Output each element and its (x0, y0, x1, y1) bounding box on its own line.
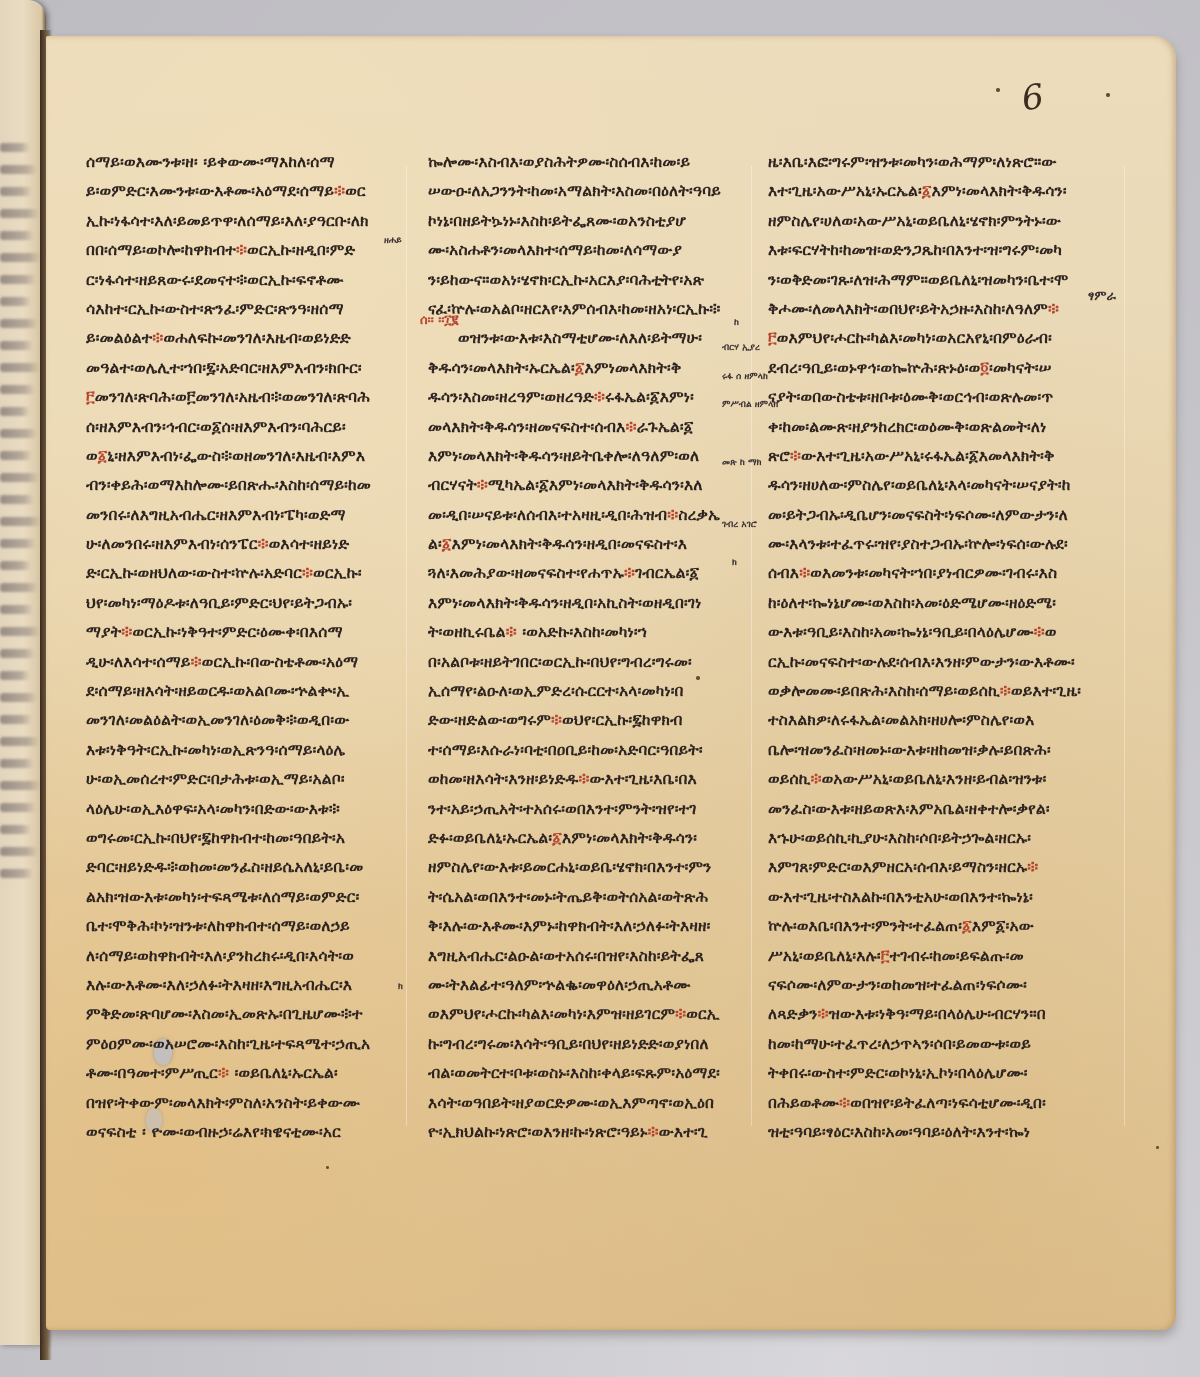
text-line: ማያት፨ወርኢኩ፡ነቅዓተ፡ምድር፡ዕሙቀ፡በእሰማ (86, 618, 398, 647)
text-line: በ፡አልቦቱ፡ዘይትገበር፡ወርኢኩ፡በህየ፡ግብረ፡ግሩመ፡ (428, 648, 740, 677)
text-line: ኢኩ፡ነፋሳተ፡እለ፡ይመይጥዋ፡ለሰማይ፡እለ፡ያዓርቡ፡ለክ (86, 207, 398, 236)
text-line: ድባር፡ዘይነድዱ፨ወከመ፡መንፈስ፡ዘይሴአለኒ፡ይቤ፡መ (86, 853, 398, 882)
bleed-through-line (0, 363, 40, 372)
text-line: ህየ፡መካነ፡ማዕዶቱ፡ለዓቢይ፡ምድር፡ህየ፡ይትጋብኡ፡ (86, 589, 398, 618)
bleed-through-line (0, 517, 41, 526)
text-line: ቅ፡እሉ፡ውእቶሙ፡እምኑ፡ከዋክብት፡እለ፡ኃለፉ፡ትእዛዘ፡ (428, 912, 740, 941)
text-line: እምገጸ፡ምድር፡ወእምዘርአ፡ሰብእ፡ይማስን፡ዘርኡ፨ (768, 853, 1098, 882)
rubric-mark: ፨ (152, 329, 163, 347)
bleed-through-line (0, 605, 33, 614)
text-line: ዘምስሌየ፡ውእቱ፡ይመርሐኒ፡ወይቤ፡ሄኖክ፡በእንተ፡ምን (428, 853, 740, 882)
bleed-through-line (0, 803, 36, 812)
text-line: ት፡ሴአል፡ወበእንተ፡መኑ፡ትጤይቅ፡ወትሰአል፡ወትጽሕ (428, 883, 740, 912)
text-line: ሠውዑ፡ለአጋንንት፡ከመ፡አማልክት፡እስመ፡በዕለት፡ዓባይ (428, 177, 740, 206)
text-line: ጓለ፡እመሕያው፡ዘመናፍስተ፡የሐጥኡ፨ገብርኤል፡፩ (428, 559, 740, 588)
rubric-mark: ፨ (648, 1123, 659, 1141)
marginal-note: ገብረ አገሮ (722, 520, 757, 530)
bleed-through-line (0, 385, 35, 394)
text-line: ቶሙ፡በዓመተ፡ምሥጢር፨ ፡ወይቤለኒ፡ኡርኤል፡ (86, 1059, 398, 1088)
bleed-through-line (0, 187, 32, 196)
text-line: ለ፡ሰማይ፡ወከዋክብት፡እለ፡ያንከረክሩ፡ዲበ፡እሳት፡ወ (86, 942, 398, 971)
rubric-mark: ፨ (799, 564, 810, 582)
rubric-mark: ፨ (191, 653, 202, 671)
bleed-through-line (0, 165, 37, 174)
bleed-through-line (0, 671, 30, 680)
rubric-mark: ፨ (818, 1005, 829, 1023)
rubric-mark: ፨ (790, 447, 801, 465)
bleed-through-line (0, 231, 34, 240)
rubric-mark: ፩ (98, 447, 108, 465)
bleed-through-line (0, 649, 35, 658)
text-line: ደብረ፡ዓቢይ፡ወኑዋኅ፡ወኰኵሕ፡ጽኑዕ፡ወ፬፡መካናት፡ሠ (768, 354, 1098, 383)
text-line: መንፈስ፡ውእቱ፡ዘይወጽእ፡እምአቤል፡ዘቀተሎ፡ቃየል፡ (768, 795, 1098, 824)
text-line: ናፈ፡ኵሉ፡ወአልቦ፡ዘርእየ፡እምሰብእ፡ከመ፡ዘአነ፡ርኢኩ፨ (428, 295, 740, 324)
bleed-through-line (0, 429, 37, 438)
text-line: እተ፡ጊዜ፡አውሥአኒ፡ኡርኤል፡፩እምነ፡መላእክት፡ቅዱሳን፡ (768, 177, 1098, 206)
text-line: ዮ፡ኢክህልኩ፡ነጽሮ፡ወእንዘ፡ኩ፡ነጽሮ፡ዓይኑ፨ውእተ፡ጊ (428, 1118, 740, 1147)
rubric-mark: ፨ (811, 770, 822, 788)
text-line: መንገለ፡መልዕልት፡ወኢመንገለ፡ዕመቅ፨ወዲበ፡ው (86, 706, 398, 735)
text-line: ኰሎሙ፡እስብእ፡ወያስሕትዎሙ፡ስሰብእ፡ከመ፡ይ (428, 148, 740, 177)
text-line: ወዝንቱ፡ውእቱ፡እስማቲሆሙ፡ለእለ፡ይትማሁ፡ (428, 324, 740, 353)
bleed-through-line (0, 627, 40, 636)
rubric-mark: ፨ (675, 1005, 686, 1023)
text-line: ዲሁ፡ለእሳተ፡ሰማይ፨ወርኢኩ፡በውስቴቶሙ፡አዕማ (86, 648, 398, 677)
rubric-mark: ፫ (881, 947, 890, 965)
text-line: ድፉ፡ወይቤለኒ፡ኡርኤል፡፩እምነ፡መላእክት፡ቅዱሳን፡ (428, 824, 740, 853)
rubric-mark: ፨ (302, 564, 313, 582)
marginal-note: ክ (398, 982, 403, 992)
rubric-mark: ፩ (575, 359, 585, 377)
text-line: መ፡ይትጋብኡ፡ዲቤሆን፡መናፍስት፡ነፍሶሙ፡ለምውታን፡ለ (768, 501, 1098, 530)
bleed-through-line (0, 561, 31, 570)
text-line: በሕይወቶሙ፨ወበዝየ፡ይትፈለጣ፡ነፍሳቲሆሙ፡ዲበ፡ (768, 1089, 1098, 1118)
text-line: መንበሩ፡ለእግዚአብሔር፡ዘእምእብነ፡ፔካ፡ወድማ (86, 501, 398, 530)
marginal-note: ምሥብል ዘምላክ (722, 400, 778, 410)
text-line: ወናፍስቲ ፡ ዮሙ፡ወብዙኃ፡ሬእየ፡ክዌናቲሙ፡አር (86, 1118, 398, 1147)
marginal-note: ፃምራ (1088, 292, 1116, 302)
bleed-through-line (0, 539, 36, 548)
text-line: እሉ፡ውእቶሙ፡እለ፡ኃለፉ፡ትእዛዘ፡እግዚአብሔር፡እ (86, 971, 398, 1000)
text-line: ፫ወእምህየ፡ሖርኩ፡ካልእ፡መካነ፡ወአርአየኒ፡በምዕራብ፡ (768, 324, 1098, 353)
text-line: በበ፡ሰማይ፡ወኮሎ፡ከዋክብተ፨ወርኢኩ፡ዘዲበ፡ምድ (86, 236, 398, 265)
text-line: ምዕዐምሙ፡ወአሠሮሙ፡እስከ፡ጊዜ፡ተፍጻሜተ፡ኃጢአ (86, 1030, 398, 1059)
text-line: ብርሃናት፨ሚካኤል፡፩እምነ፡መላእክት፡ቅዱሳን፡እለ (428, 471, 740, 500)
rubric-mark: ፩ (962, 917, 972, 935)
bleed-through-line (0, 759, 34, 768)
rubric-mark: ፨ (218, 1064, 229, 1082)
rubric-mark: ፬ (980, 359, 989, 377)
text-line: እሳት፡ወዓበይት፡ዘያወርድዎሙ፡ወኢእምጣኖ፡ወኢዕበ (428, 1089, 740, 1118)
text-line: ዱሳን፡ዘሀለው፡ምስሌየ፡ወይቤለኒ፡እላ፡መካናት፡ሠናያት፡ከ (768, 471, 1098, 500)
text-line: ሁ፡ለመንበሩ፡ዘእምእብነ፡ሰንፔር፨ወእሳተ፡ዘይነድ (86, 530, 398, 559)
rubric-mark: ፨ (1000, 682, 1011, 700)
text-line: ኩ፡ግብረ፡ግሩመ፡እሳት፡ዓቢይ፡በህየ፡ዘይነድድ፡ወያነበለ (428, 1030, 740, 1059)
text-line: ናያት፡ወበውስቴቱ፡ዘቦቱ፡ዕሙቅ፡ወርኅብ፡ወጽሉመ፡ጥ (768, 383, 1098, 412)
bleed-through-line (0, 253, 41, 262)
text-line: እቱ፡ፍርሃትከ፡ከመዝ፡ወድንጋጼከ፡በእንተ፡ዝ፡ግሩም፡መካ (768, 236, 1098, 265)
text-line: መላእክት፡ቅዱሳን፡ዘመናፍስተ፡ሰብእ፨ራጉኤል፡፩ (428, 413, 740, 442)
text-line: ከመ፡ከማሁ፡ተፈጥረ፡ለኃጥኣን፡ሶበ፡ይመውቱ፡ወይ (768, 1030, 1098, 1059)
foxing-spot (996, 88, 1000, 92)
bleed-through-line (0, 341, 33, 350)
text-line: ደ፡ሰማይ፡ዘእሳት፡ዘይወርዱ፡ወአልቦሙ፡ኍልቍ፡ኢ (86, 677, 398, 706)
rubric-mark: ፨ (506, 623, 517, 641)
text-line: ድው፡ዘድልው፡ወግሩም፨ወህየ፡ርኢኩ፡፯ከዋክብ (428, 706, 740, 735)
bleed-through-line (0, 209, 39, 218)
text-line: ድ፡ርኢኩ፡ወዘህለው፡ውስተ፡ኵሉ፡አድባር፨ወርኢኩ፡ (86, 559, 398, 588)
text-line: ኮነኔ፡በዘይትኴነኑ፡እስከ፡ይትፌጸሙ፡ወአንስቲያሆ (428, 207, 740, 236)
text-line: እቱ፡ነቅዓት፡ርኢኩ፡መካነ፡ወኢጽንዓ፡ሰማይ፡ላዕሌ (86, 736, 398, 765)
text-line: ን፡ይከውና።ወአነ፡ሄኖክ፡ርኢኩ፡አርእያ፡ባሕቲትየ፡አጽ (428, 266, 740, 295)
text-line: ውእተ፡ጊዜ፡ተስእልኩ፡በእንቲአሁ፡ወበእንተ፡ኰነኔ፡ (768, 883, 1098, 912)
rubric-mark: ፩ (922, 182, 932, 200)
marginal-note: መጽ ከ ማክ (722, 458, 762, 468)
text-line: ወይሰኪ፨ወአውሥአኒ፡ወይቤለኒ፡እንዘ፡ይብል፡ዝንቱ፡ (768, 765, 1098, 794)
rubric-mark: ፨ (121, 623, 132, 641)
ruling-line (1124, 166, 1125, 1126)
bleed-through-line (0, 737, 39, 746)
bleed-through-line (0, 847, 38, 856)
rubric-mark: ፨ (667, 506, 678, 524)
rubric-mark: ፨ (236, 241, 247, 259)
rubric-mark: ፨ (624, 564, 635, 582)
bleed-through-line (0, 407, 30, 416)
text-line: ወግሩመ፡ርኢኩ፡በህየ፡፯ከዋክብተ፡ከመ፡ዓበይት፡አ (86, 824, 398, 853)
text-line: ጽሮ፨ውእተ፡ጊዜ፡አውሥአኒ፡ሩፋኤል፡፩እመላእክት፡ቅ (768, 442, 1098, 471)
text-line: ብል፡ወመትርተ፡ቦቱ፡ወስኑ፡እስከ፡ቀላይ፡ፍጹም፡አዕማደ፡ (428, 1059, 740, 1088)
text-line: ዜ፡እቤ፡እፎ፡ግሩም፡ዝንቱ፡መካን፡ወሕማም፡ለነጽሮ።ው (768, 148, 1098, 177)
text-line: ቀ፡ከመ፡ልሙጽ፡ዘያንከረክር፡ወዕሙቅ፡ወጽልመት፡ለነ (768, 413, 1098, 442)
text-line: ከ፡ዕለተ፡ኰነኔሆሙ፡ወእስከ፡አመ፡ዕድሜሆሙ፡ዘዕድሜ፡ (768, 589, 1098, 618)
bleed-through-line (0, 583, 38, 592)
rubric-mark: ፨ (594, 388, 605, 406)
text-column-middle: ኰሎሙ፡እስብእ፡ወያስሕትዎሙ፡ስሰብእ፡ከመ፡ይሠውዑ፡ለአጋንንት፡ከመ፡… (428, 148, 740, 1147)
text-line: ወ፩ኒ፡ዘእምእብነ፡ፌውስ፨ወዘመንገለ፡እዜብ፡እምእ (86, 442, 398, 471)
text-line: መዓልተ፡ወሌሊተ፡ኀበ፡፯፡አድባር፡ዘእምእብን፡ክቡር፡ (86, 354, 398, 383)
marginal-note: ብርሃ ኢያረ (722, 343, 760, 353)
marginal-note: ሩፋ ሰ ዘምላክ (722, 372, 768, 382)
text-line: እግዚአብሔር፡ልዑል፡ወተአሰሩ፡በዝየ፡እስከ፡ይትፌጸ (428, 942, 740, 971)
text-column-right: ዜ፡እቤ፡እፎ፡ግሩም፡ዝንቱ፡መካን፡ወሕማም፡ለነጽሮ።ውእተ፡ጊዜ፡አውሥ… (768, 148, 1098, 1147)
rubric-mark: ፩ (442, 535, 452, 553)
text-line: ር፡ነፋሳተ፡ዘይጸውሩ፡ደመናተ፨ወርኢኩ፡ፍኖቶሙ (86, 266, 398, 295)
text-line: ን፡ወቅድመ፡ገጹ፡ለዝ፡ሕማም።ወይቤለኒ፡ዝመካን፡ቤተ፡ሞ (768, 266, 1098, 295)
marginal-note: ክ (732, 558, 737, 568)
text-line: መ፡ዲበ፡ሠናይቱ፡ለሰብእ፡ተአዛዚ፡ዲበ፡ሕዝብ፨ስረቃኤ (428, 501, 740, 530)
rubric-mark: ፨ (578, 770, 589, 788)
bleed-through-line (0, 693, 37, 702)
text-line: ርኢኩ፡መናፍስተ፡ውሉደ፡ሰብእ፡እንዘ፡ምውታን፡ውእቶሙ፡ (768, 648, 1098, 677)
text-line: ይ፡መልዕልተ፨ወሐለፍኩ፡መንገለ፡እዜብ፡ወይነድድ (86, 324, 398, 353)
previous-page-text-bleed (0, 130, 42, 878)
rubric-mark: ፨ (1027, 858, 1038, 876)
text-line: ትቀበሩ፡ውስተ፡ምድር፡ወኮነኒ፡ኢኮነ፡በላዕሌሆሙ፡ (768, 1059, 1098, 1088)
text-line: ሰብእ፨ወእመንቱ፡መካናት፡ኀበ፡ያነብርዎሙ፡ገብሩ፡እስ (768, 559, 1098, 588)
text-line: በዝየ፡ትቀውም፡መላእክት፡ምስለ፡አንስት፡ይቀውሙ (86, 1089, 398, 1118)
text-line: ል፡፩እምነ፡መላእክት፡ቅዱሳን፡ዘዲበ፡መናፍስተ፡እ (428, 530, 740, 559)
marginal-note: ዘሐይ (384, 236, 402, 246)
text-line: ናፍሶሙ፡ለምውታን፡ወከመዝ፡ተፈልጠ፡ነፍሶሙ፡ (768, 971, 1098, 1000)
text-line: ንተ፡አይ፡ኃጢአት፡ተአሰሩ፡ወበእንተ፡ምንት፡ዝየ፡ተገ (428, 795, 740, 824)
ruling-line (406, 166, 407, 1126)
text-line: ብን፡ቀይሕ፡ወማእከሎሙ፡ይበጽሑ፡እስከ፡ሰማይ፡ከመ (86, 471, 398, 500)
text-line: ወከመ፡ዘእሳት፡እንዘ፡ይነድዱ፨ውእተ፡ጊዜ፡እቤ፡በእ (428, 765, 740, 794)
text-line: ምቅድመ፡ጽባሆሙ፡እስመ፡ኢመጽኡ፡በጊዜሆሙ፨ተ (86, 1000, 398, 1029)
text-line: እምነ፡መላእክት፡ቅዱሳን፡ዘይትቤቀሎ፡ለዓለም፡ወለ (428, 442, 740, 471)
text-line: ልአክ፡ዝውእቱ፡መካነ፡ተፍጻሜቱ፡ለሰማይ፡ወምድር፡ (86, 883, 398, 912)
bleed-through-line (0, 869, 33, 878)
bleed-through-line (0, 715, 32, 724)
foxing-spot (326, 1166, 329, 1169)
bleed-through-line (0, 297, 31, 306)
rubric-mark: ፨ (1034, 623, 1045, 641)
text-line: ይ፡ወምድር፡እሙንቱ፡ውእቶሙ፡አዕማደ፡ሰማይ፨ወር (86, 177, 398, 206)
bleed-through-line (0, 451, 32, 460)
text-line: ኵሉ፡ወእቤ፡በእንተ፡ምንት፡ተፈልጠ፡፩እም፩፡አው (768, 912, 1098, 941)
text-line: ለጻድቃን፨ዝውእቱ፡ነቅዓ፡ማይ፡በላዕሌሁ፡ብርሃን።በ (768, 1000, 1098, 1029)
text-line: ት፡ወዘኪሩቤል፨ ፡ወአድኩ፡እስከ፡መካነ፡ኀ (428, 618, 740, 647)
text-line: እምነ፡መላእክት፡ቅዱሳን፡ዘዲበ፡አኪስት፡ወዘዲበ፡ገነ (428, 589, 740, 618)
rubric-mark: ፨ (477, 476, 488, 494)
text-column-left: ሰማይ፡ወእሙንቱ፡ዘ፡ ፡ይቀውሙ፡ማእከለ፡ሰማይ፡ወምድር፡እሙንቱ፡ውእ… (86, 148, 398, 1147)
text-line: ቅሖሙ፡ለመላእክት፡ወበህየ፡ይትአኃዙ፡እስከ፡ለዓለም፨ (768, 295, 1098, 324)
text-line: ሁ፡ወኢመሰረተ፡ምድር፡በታሕቱ፡ወኢማይ፡አልቦ፡ (86, 765, 398, 794)
bleed-through-line (0, 495, 34, 504)
text-line: ፫መንገለ፡ጽባሕ፡ወ፫መንገለ፡አዜብ፨ወመንገለ፡ጽባሕ (86, 383, 398, 412)
text-line: እኁሁ፡ወይሰኪ፡ኪያሁ፡እስከ፡ሶበ፡ይትኃጐል፡ዘርኡ፡ (768, 824, 1098, 853)
text-line: ሙ፡አስሐቶን፡መላእክተ፡ሰማይ፡ከመ፡ለሳማውያ (428, 236, 740, 265)
ruling-line (751, 166, 752, 1126)
text-line: ዱሳን፡እስመ፡ዘረዓም፡ወዘረዓድ፨ሩፋኤል፡፩እምነ፡ (428, 383, 740, 412)
foxing-spot (1156, 1146, 1159, 1149)
rubric-mark: ፫ (86, 388, 95, 406)
rubricated-heading: ሰ፡፡ ፡፡፲፪ (420, 316, 458, 326)
text-line: ቤሎ፡ዝመንፈስ፡ዘመኑ፡ውእቱ፡ዘከመዝ፡ቃሉ፡ይበጽሕ፡ (768, 736, 1098, 765)
bleed-through-line (0, 275, 36, 284)
text-line: ኢሰማየ፡ልዑለ፡ወኢምድረ፡ሱርርተ፡አላ፡መካነ፡በ (428, 677, 740, 706)
bleed-through-line (0, 319, 38, 328)
text-line: ሥአኒ፡ወይቤለኒ፡እሉ፡፫ተገብሩ፡ከመ፡ይፍልጡ፡መ (768, 942, 1098, 971)
rubric-mark: ፨ (258, 535, 269, 553)
rubric-mark: ፩ (552, 829, 562, 847)
rubric-mark: ፨ (551, 711, 562, 729)
text-line: ዘምስሌየ፡ሀለወ፡አውሥአኒ፡ወይቤለኒ፡ሄኖክ፡ምንትኑ፡ው (768, 207, 1098, 236)
marginal-note: ከ (734, 318, 739, 328)
text-line: ቅዱሳን፡መላእክት፡ኡርኤል፡፩እምነመላእክት፡ቅ (428, 354, 740, 383)
text-line: ሰማይ፡ወእሙንቱ፡ዘ፡ ፡ይቀውሙ፡ማእከለ፡ሰማ (86, 148, 398, 177)
text-line: ሳእከተ፡ርኢኩ፡ውስተ፡ጽንፈ፡ምድር፡ጽንዓ፡ዘሰማ (86, 295, 398, 324)
rubric-mark: ፨ (334, 182, 345, 200)
text-line: ቤተ፡ሞቅሕ፡ኮነ፡ዝንቱ፡ለከዋክብተ፡ሰማይ፡ወለኃይ (86, 912, 398, 941)
text-line: ላዕሌሁ፡ወኢእዕዋፍ፡አላ፡መካን፡በድው፡ውእቱ፨ (86, 795, 398, 824)
rubric-mark: ፨ (839, 1094, 850, 1112)
rubric-mark: ፫ (768, 329, 777, 347)
foxing-spot (1106, 93, 1110, 97)
text-line: ተ፡ሰማይ፡እሱራነ፡ባቲ፡በዐቢይ፡ከመ፡አድባር፡ዓበይት፡ (428, 736, 740, 765)
text-line: ሙ፡እላንቱ፡ተፈጥሩ፡ዝየ፡ያስተጋብኡ፡ኵሎ፡ነፍሰ፡ውሉደ፡ (768, 530, 1098, 559)
text-line: ዝቲ፡ዓባይ፡ፃዕር፡እስከ፡አመ፡ዓባይ፡ዕለት፡እንተ፡ኰነ (768, 1118, 1098, 1147)
text-line: ወቃሎመሙ፡ይበጽሕ፡እስከ፡ሰማይ፡ወይሰኪ፨ወይእተ፡ጊዜ፡ (768, 677, 1098, 706)
text-line: ሰ፡ዘእምእብን፡ኅብር፡ወ፩ሰ፡ዘእምእብን፡ባሕርይ፡ (86, 413, 398, 442)
bleed-through-line (0, 825, 31, 834)
text-line: ተስእልክዎ፡ለሩፋኤል፡መልአክ፡ዘሀሎ፡ምስሌየ፡ወእ (768, 706, 1098, 735)
text-line: ወእምህየ፡ሖርኩ፡ካልእ፡መካነ፡እምዝ፡ዘይገርም፨ወርኢ (428, 1000, 740, 1029)
bleed-through-line (0, 143, 30, 152)
bleed-through-line (0, 781, 41, 790)
text-line: ውእቱ፡ዓቢይ፡እስከ፡አመ፡ኰነኔ፡ዓቢይ፡በላዕሌሆሙ፨ወ (768, 618, 1098, 647)
bleed-through-line (0, 473, 39, 482)
rubric-mark: ፨ (626, 418, 637, 436)
text-line: ሙ፡ትእልፊተ፡ዓለም፡ኍልቈ፡መዋዕለ፡ኃጢአቶሙ (428, 971, 740, 1000)
rubric-mark: ፨ (1048, 300, 1059, 318)
